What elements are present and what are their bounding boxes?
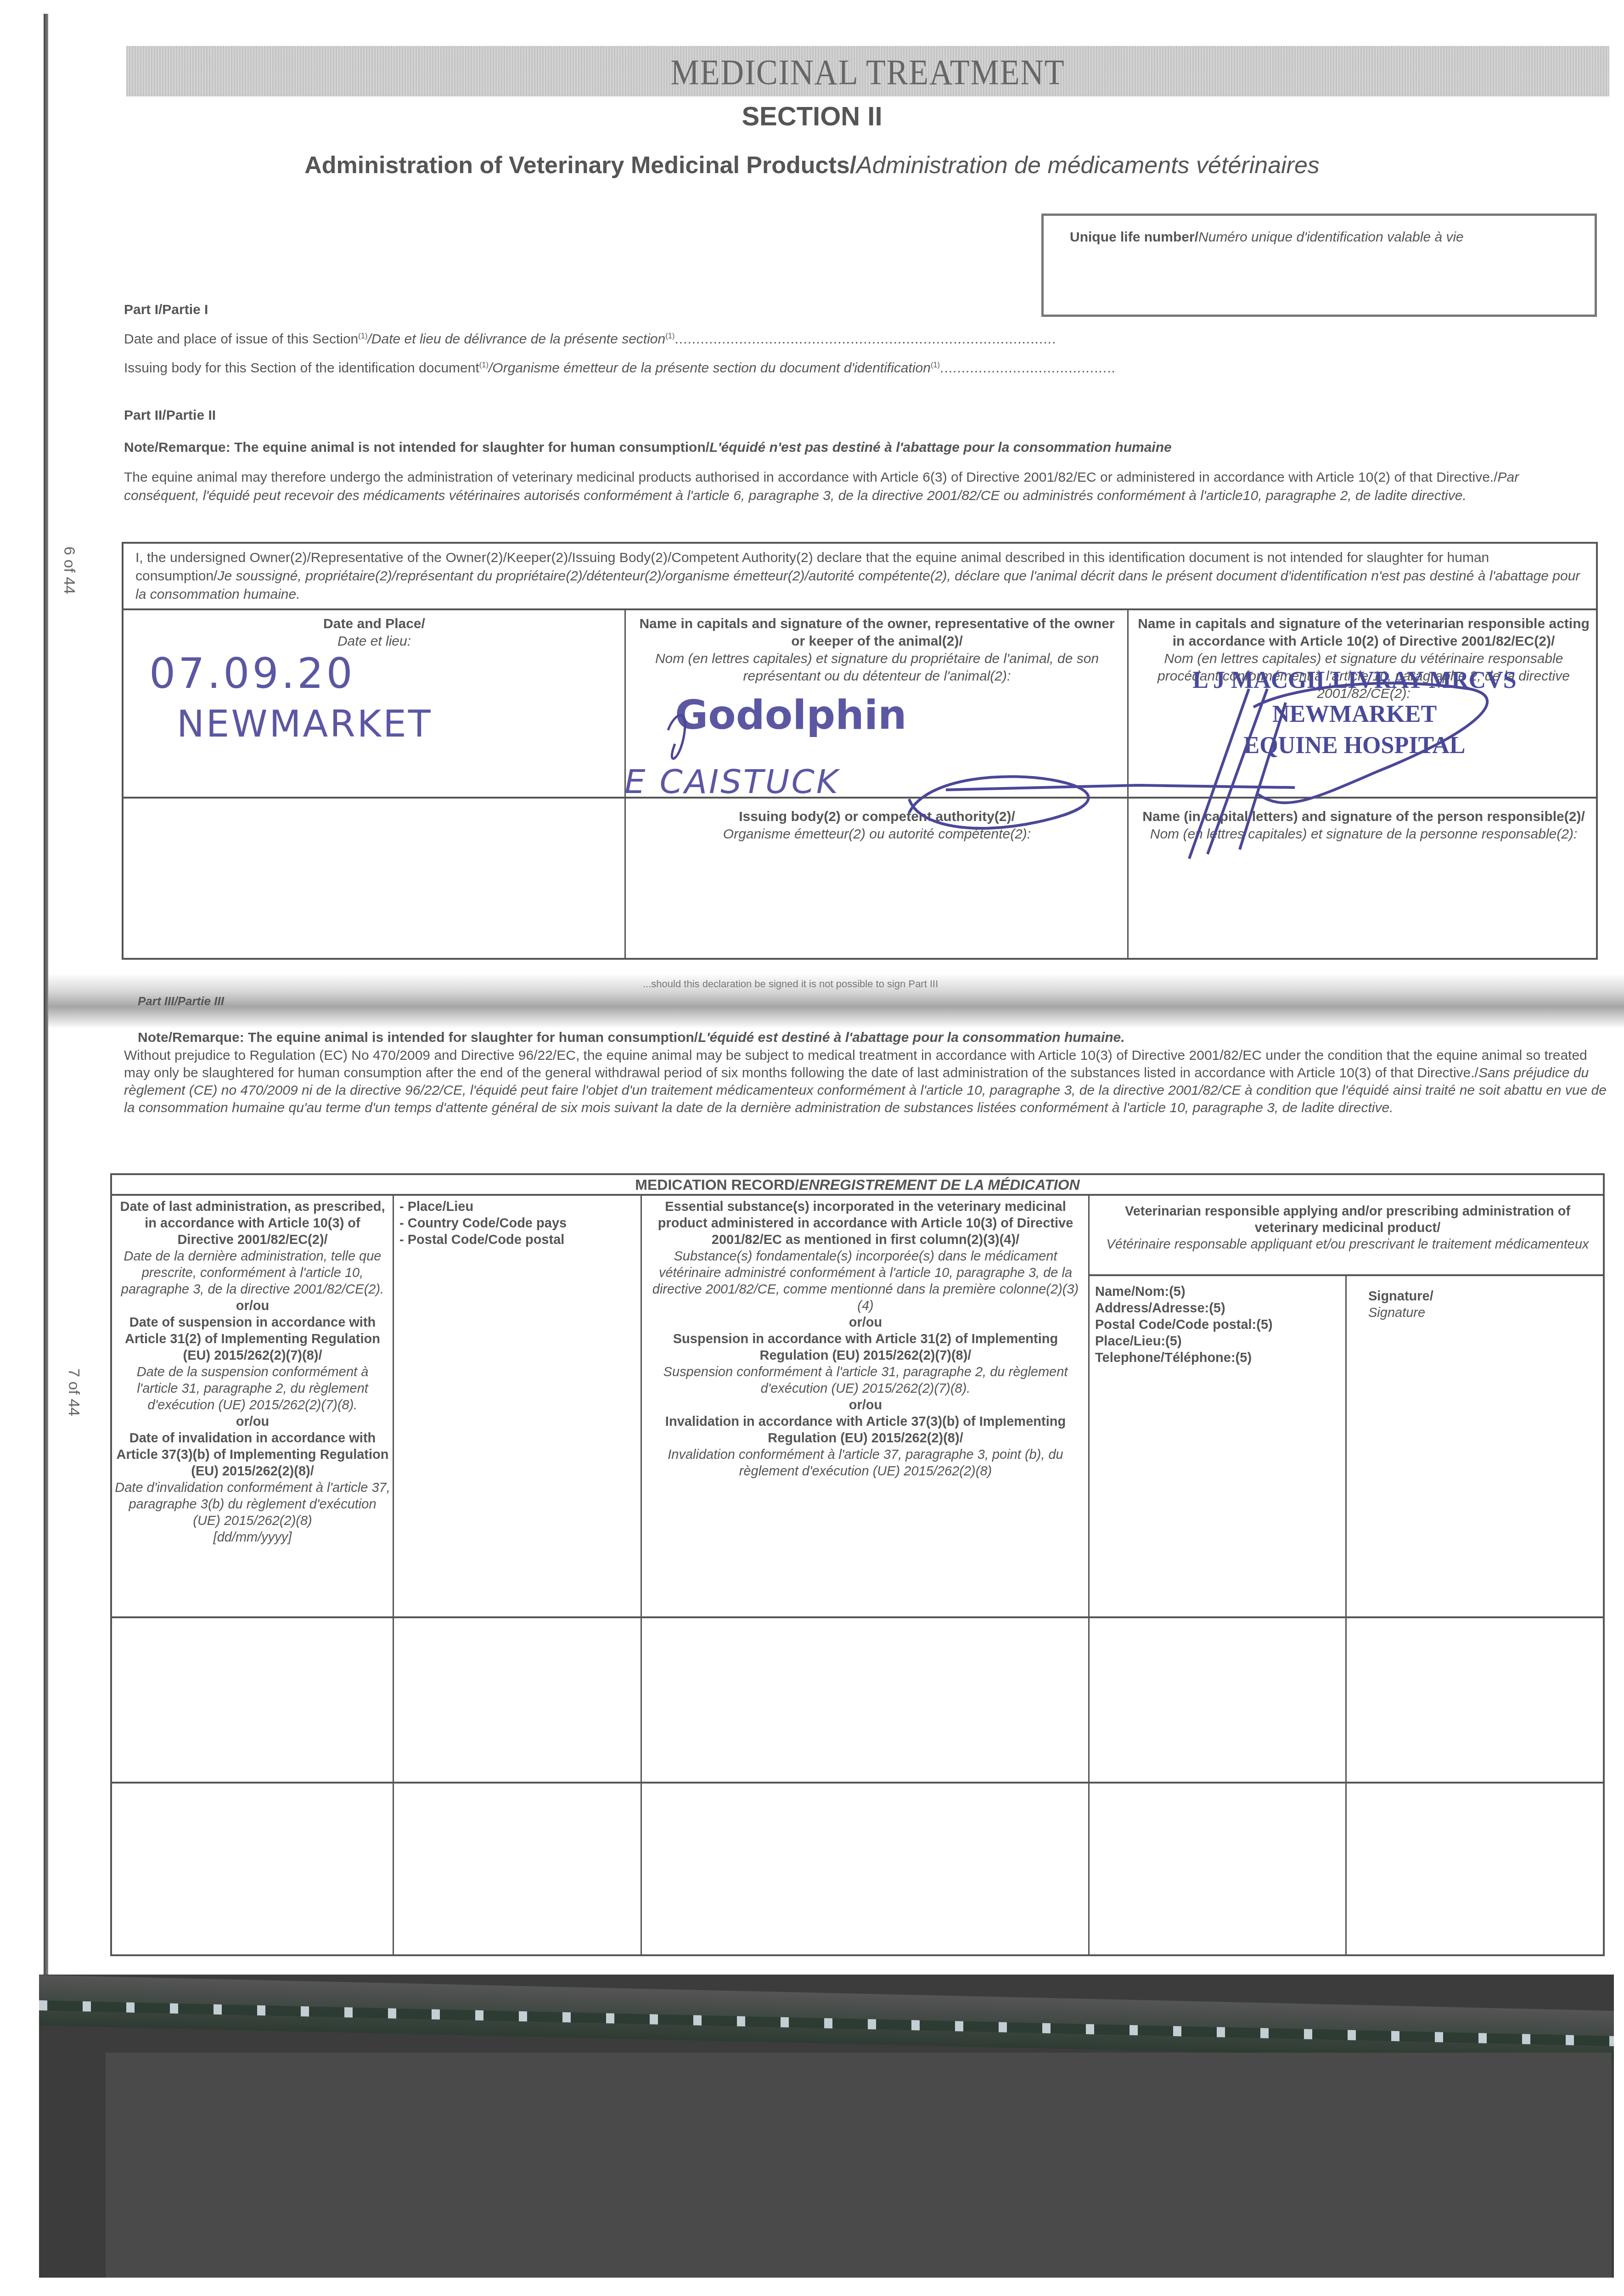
footnote-ref: (1) [931, 361, 940, 369]
substance-header-line: Suspension in accordance with Article 31… [647, 1331, 1084, 1364]
substance-header-line: Substance(s) fondamentale(s) incorporée(… [647, 1248, 1084, 1314]
date-header-line: or/ou [115, 1298, 390, 1314]
section-subtitle: Administration of Veterinary Medicinal P… [0, 152, 1624, 179]
divider [110, 1616, 1605, 1618]
part1-issuing-body-line: Issuing body for this Section of the ide… [124, 356, 1116, 377]
place-header-line: - Postal Code/Code postal [399, 1232, 638, 1248]
row1-substance-cell[interactable] [643, 1619, 1086, 1779]
part1-date-place-line: Date and place of issue of this Section(… [124, 327, 1056, 349]
substance-header-line: or/ou [647, 1397, 1084, 1413]
date-header-line: Date de la dernière administration, tell… [115, 1248, 390, 1298]
vet-header-en: Veterinarian responsible applying and/or… [1093, 1203, 1602, 1236]
substance-header-line: Essential substance(s) incorporated in t… [647, 1199, 1084, 1248]
divider [393, 1194, 394, 1956]
date-header-line: Date d'invalidation conformément à l'art… [115, 1480, 390, 1529]
date-header-line: Date of suspension in accordance with Ar… [115, 1314, 390, 1364]
section-heading: SECTION II [0, 101, 1624, 132]
unique-life-number-label: Unique life number/Numéro unique d'ident… [1070, 230, 1464, 245]
part1-date-place-input[interactable]: ........................................… [674, 332, 1056, 347]
part2-note: Note/Remarque: The equine animal is not … [124, 439, 1172, 457]
fold-caption: ...should this declaration be signed it … [643, 978, 938, 990]
row1-date-cell[interactable] [112, 1619, 390, 1779]
unique-life-number-field[interactable] [1041, 214, 1597, 317]
place-header-line: - Country Code/Code pays [399, 1215, 638, 1232]
owner-label-en: Name in capitals and signature of the ow… [634, 615, 1120, 650]
handwritten-place[interactable]: NEWMARKET [177, 703, 433, 745]
stamp-line2: NEWMARKET [1166, 702, 1543, 727]
vet-stamp: L J MACGILLIVRAY MRCVS NEWMARKET EQUINE … [1166, 668, 1543, 758]
substance-header-line: or/ou [647, 1314, 1084, 1331]
subtitle-fr: Administration de médicaments vétérinair… [856, 152, 1320, 179]
date-header-line: [dd/mm/yyyy] [115, 1529, 390, 1546]
med-title-en: MEDICATION RECORD/ [635, 1176, 799, 1193]
date-header-line: Date of invalidation in accordance with … [115, 1430, 390, 1480]
row2-substance-cell[interactable] [643, 1784, 1086, 1954]
page-binding-edge [44, 14, 48, 1988]
part1-line1-en: Date and place of issue of this Section [124, 332, 358, 347]
subtitle-en: Administration of Veterinary Medicinal P… [304, 152, 856, 179]
vet-label-en: Name in capitals and signature of the ve… [1136, 615, 1591, 650]
footnote-ref: (1) [665, 332, 674, 340]
substance-header-line: Suspension conformément à l'article 31, … [647, 1364, 1084, 1397]
part3-heading: Part III/Partie III [138, 992, 224, 1010]
part3-note-en: Note/Remarque: The equine animal is inte… [138, 1030, 698, 1045]
date-place-label: Date and Place/Date et lieu: [124, 615, 624, 650]
row2-place-cell[interactable] [395, 1784, 638, 1954]
footnote-ref: (1) [358, 332, 367, 340]
part3-para-en: Without prejudice to Regulation (EC) No … [124, 1048, 1587, 1080]
divider [110, 1194, 1605, 1196]
divider [1088, 1194, 1090, 1956]
divider [1345, 1274, 1347, 1956]
part2-note-fr: L'équidé n'est pas destiné à l'abattage … [709, 440, 1172, 455]
document-title: MEDICINAL TREATMENT [201, 51, 1535, 93]
part3-note: Note/Remarque: The equine animal is inte… [138, 1029, 1125, 1047]
medication-record-title: MEDICATION RECORD/ENREGISTREMENT DE LA M… [110, 1176, 1605, 1193]
vet-field-line: Name/Nom:(5) [1095, 1283, 1343, 1300]
vet-fields-labels: Name/Nom:(5)Address/Adresse:(5)Postal Co… [1095, 1283, 1343, 1366]
place-country-postal-header: - Place/Lieu- Country Code/Code pays- Po… [399, 1199, 638, 1248]
part1-line1-fr: /Date et lieu de délivrance de la présen… [367, 332, 665, 347]
background-panel [106, 2053, 1612, 2278]
date-header-line: or/ou [115, 1413, 390, 1430]
part2-note-en: Note/Remarque: The equine animal is not … [124, 440, 709, 455]
vet-field-line: Postal Code/Code postal:(5) [1095, 1317, 1343, 1333]
row1-vet-cell[interactable] [1090, 1619, 1343, 1779]
page-number-upper: 6 of 44 [60, 546, 78, 594]
vet-field-line: Address/Adresse:(5) [1095, 1300, 1343, 1317]
part1-line2-en: Issuing body for this Section of the ide… [124, 360, 479, 376]
substance-header-line: Invalidation conformément à l'article 37… [647, 1446, 1084, 1480]
stamp-line1: L J MACGILLIVRAY MRCVS [1166, 668, 1543, 693]
essential-substances-header: Essential substance(s) incorporated in t… [647, 1199, 1084, 1480]
uln-label-en: Unique life number/ [1070, 230, 1198, 245]
uln-label-fr: Numéro unique d'identification valable à… [1198, 230, 1464, 245]
vet-header-fr: Vétérinaire responsable appliquant et/ou… [1093, 1236, 1602, 1253]
divider [110, 1782, 1605, 1784]
divider [1088, 1274, 1605, 1276]
signature-header: Signature/Signature [1368, 1288, 1598, 1321]
divider [122, 608, 1598, 610]
date-header-line: Date de la suspension conformément à l'a… [115, 1364, 390, 1413]
part3-note-fr: L'équidé est destiné à l'abattage pour l… [698, 1030, 1124, 1045]
part1-issuing-body-input[interactable]: ........................................… [940, 360, 1116, 376]
place-header-line: - Place/Lieu [399, 1199, 638, 1215]
date-place-label-en: Date and Place/ [124, 615, 624, 633]
substance-header-line: Invalidation in accordance with Article … [647, 1413, 1084, 1446]
part1-heading: Part I/Partie I [124, 301, 208, 319]
vet-field-line: Telephone/Téléphone:(5) [1095, 1350, 1343, 1366]
divider [641, 1194, 642, 1956]
row2-vet-cell[interactable] [1090, 1784, 1343, 1954]
handwritten-date[interactable]: 07.09.20 [149, 650, 355, 698]
part2-paragraph: The equine animal may therefore undergo … [124, 468, 1593, 505]
vet-field-line: Place/Lieu:(5) [1095, 1333, 1343, 1350]
part2-heading: Part II/Partie II [124, 406, 216, 425]
row2-signature-cell[interactable] [1348, 1784, 1602, 1954]
page-number-lower: 7 of 44 [65, 1368, 83, 1416]
row1-place-cell[interactable] [395, 1619, 638, 1779]
declaration-text: I, the undersigned Owner(2)/Representati… [135, 549, 1582, 604]
date-of-administration-header: Date of last administration, as prescrib… [115, 1199, 390, 1546]
med-title-fr: ENREGISTREMENT DE LA MÉDICATION [799, 1176, 1080, 1193]
part1-line2-fr: /Organisme émetteur de la présente secti… [489, 360, 931, 376]
vet-responsible-header: Veterinarian responsible applying and/or… [1093, 1203, 1602, 1253]
date-header-line: Date of last administration, as prescrib… [115, 1199, 390, 1248]
date-place-label-fr: Date et lieu: [124, 633, 624, 650]
part2-para-en: The equine animal may therefore undergo … [124, 470, 1498, 485]
stamp-line3: EQUINE HOSPITAL [1166, 733, 1543, 758]
footnote-ref: (1) [479, 361, 489, 369]
row2-date-cell[interactable] [112, 1784, 390, 1954]
row1-signature-cell[interactable] [1348, 1619, 1602, 1779]
signature-header-en: Signature/ [1368, 1288, 1598, 1305]
declaration-fr: Je soussigné, propriétaire(2)/représenta… [135, 568, 1580, 602]
signature-header-fr: Signature [1368, 1305, 1598, 1321]
part3-paragraph: Without prejudice to Regulation (EC) No … [124, 1047, 1607, 1117]
